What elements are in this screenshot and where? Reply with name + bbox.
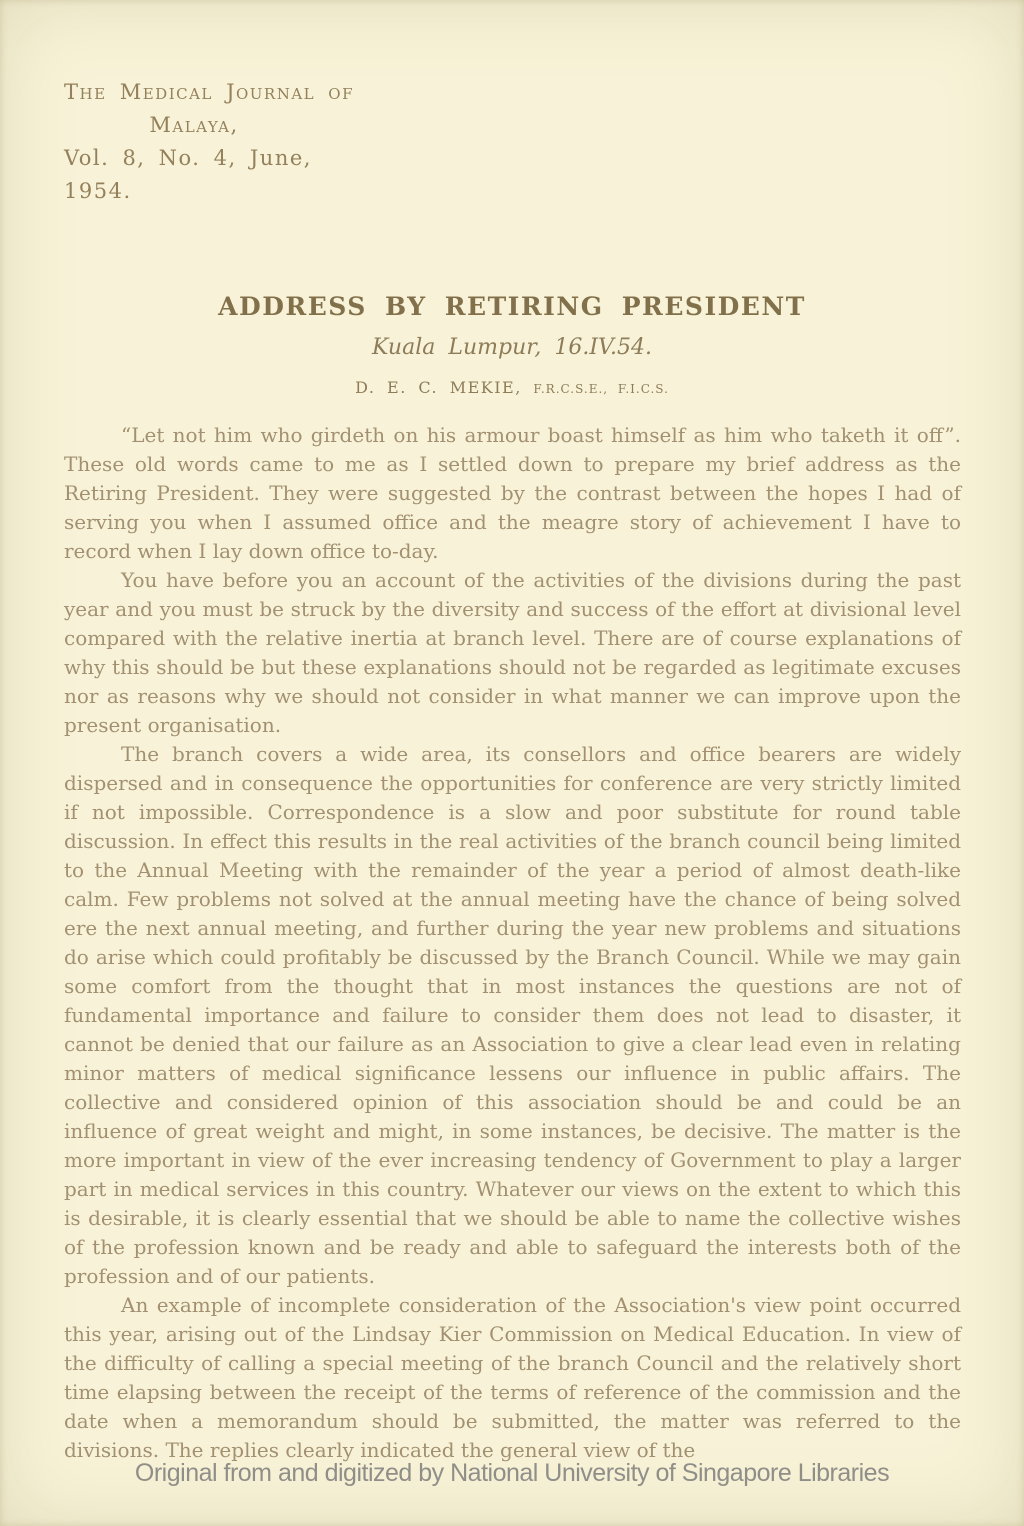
journal-page: The Medical Journal of Malaya, Vol. 8, N… [0,0,1024,1526]
journal-title-line1: The Medical Journal of [64,76,364,109]
article-heading: ADDRESS BY RETIRING PRESIDENT Kuala Lump… [0,292,1024,397]
digitization-credit: Original from and digitized by National … [0,1459,1024,1488]
paragraph-3: The branch covers a wide area, its conse… [64,740,961,1291]
article-body: “Let not him who girdeth on his armour b… [64,421,961,1465]
article-place-date: Kuala Lumpur, 16.IV.54. [0,335,1024,360]
journal-masthead: The Medical Journal of Malaya, Vol. 8, N… [64,76,364,208]
author-name: D. E. C. MEKIE, [355,378,522,397]
paragraph-1: “Let not him who girdeth on his armour b… [64,421,961,566]
article-title: ADDRESS BY RETIRING PRESIDENT [0,292,1024,321]
paragraph-4: An example of incomplete consideration o… [64,1291,961,1465]
author-line: D. E. C. MEKIE, F.R.C.S.E., F.I.C.S. [0,378,1024,397]
journal-volume-line: Vol. 8, No. 4, June, 1954. [64,142,364,208]
paragraph-2: You have before you an account of the ac… [64,566,961,740]
journal-title-line2: Malaya, [64,109,364,142]
author-credentials: F.R.C.S.E., F.I.C.S. [533,382,669,396]
